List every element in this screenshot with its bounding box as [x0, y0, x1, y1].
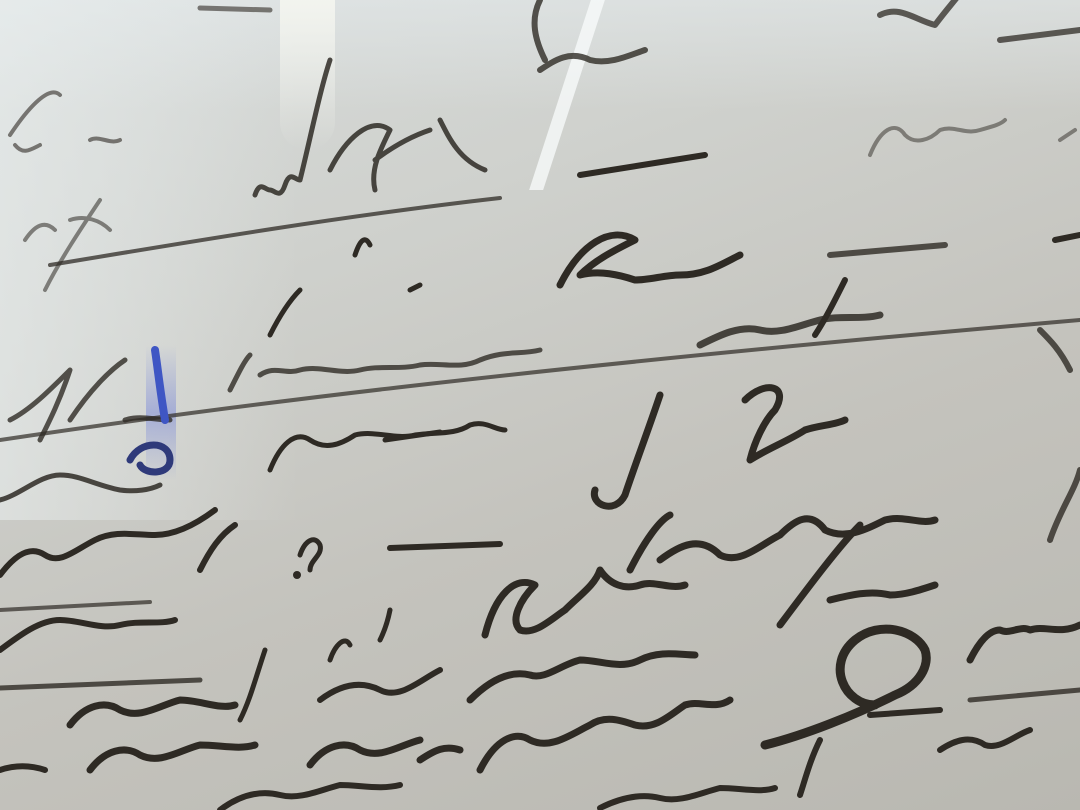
handwriting-strokes — [0, 0, 1080, 810]
manuscript-photo — [0, 0, 1080, 810]
